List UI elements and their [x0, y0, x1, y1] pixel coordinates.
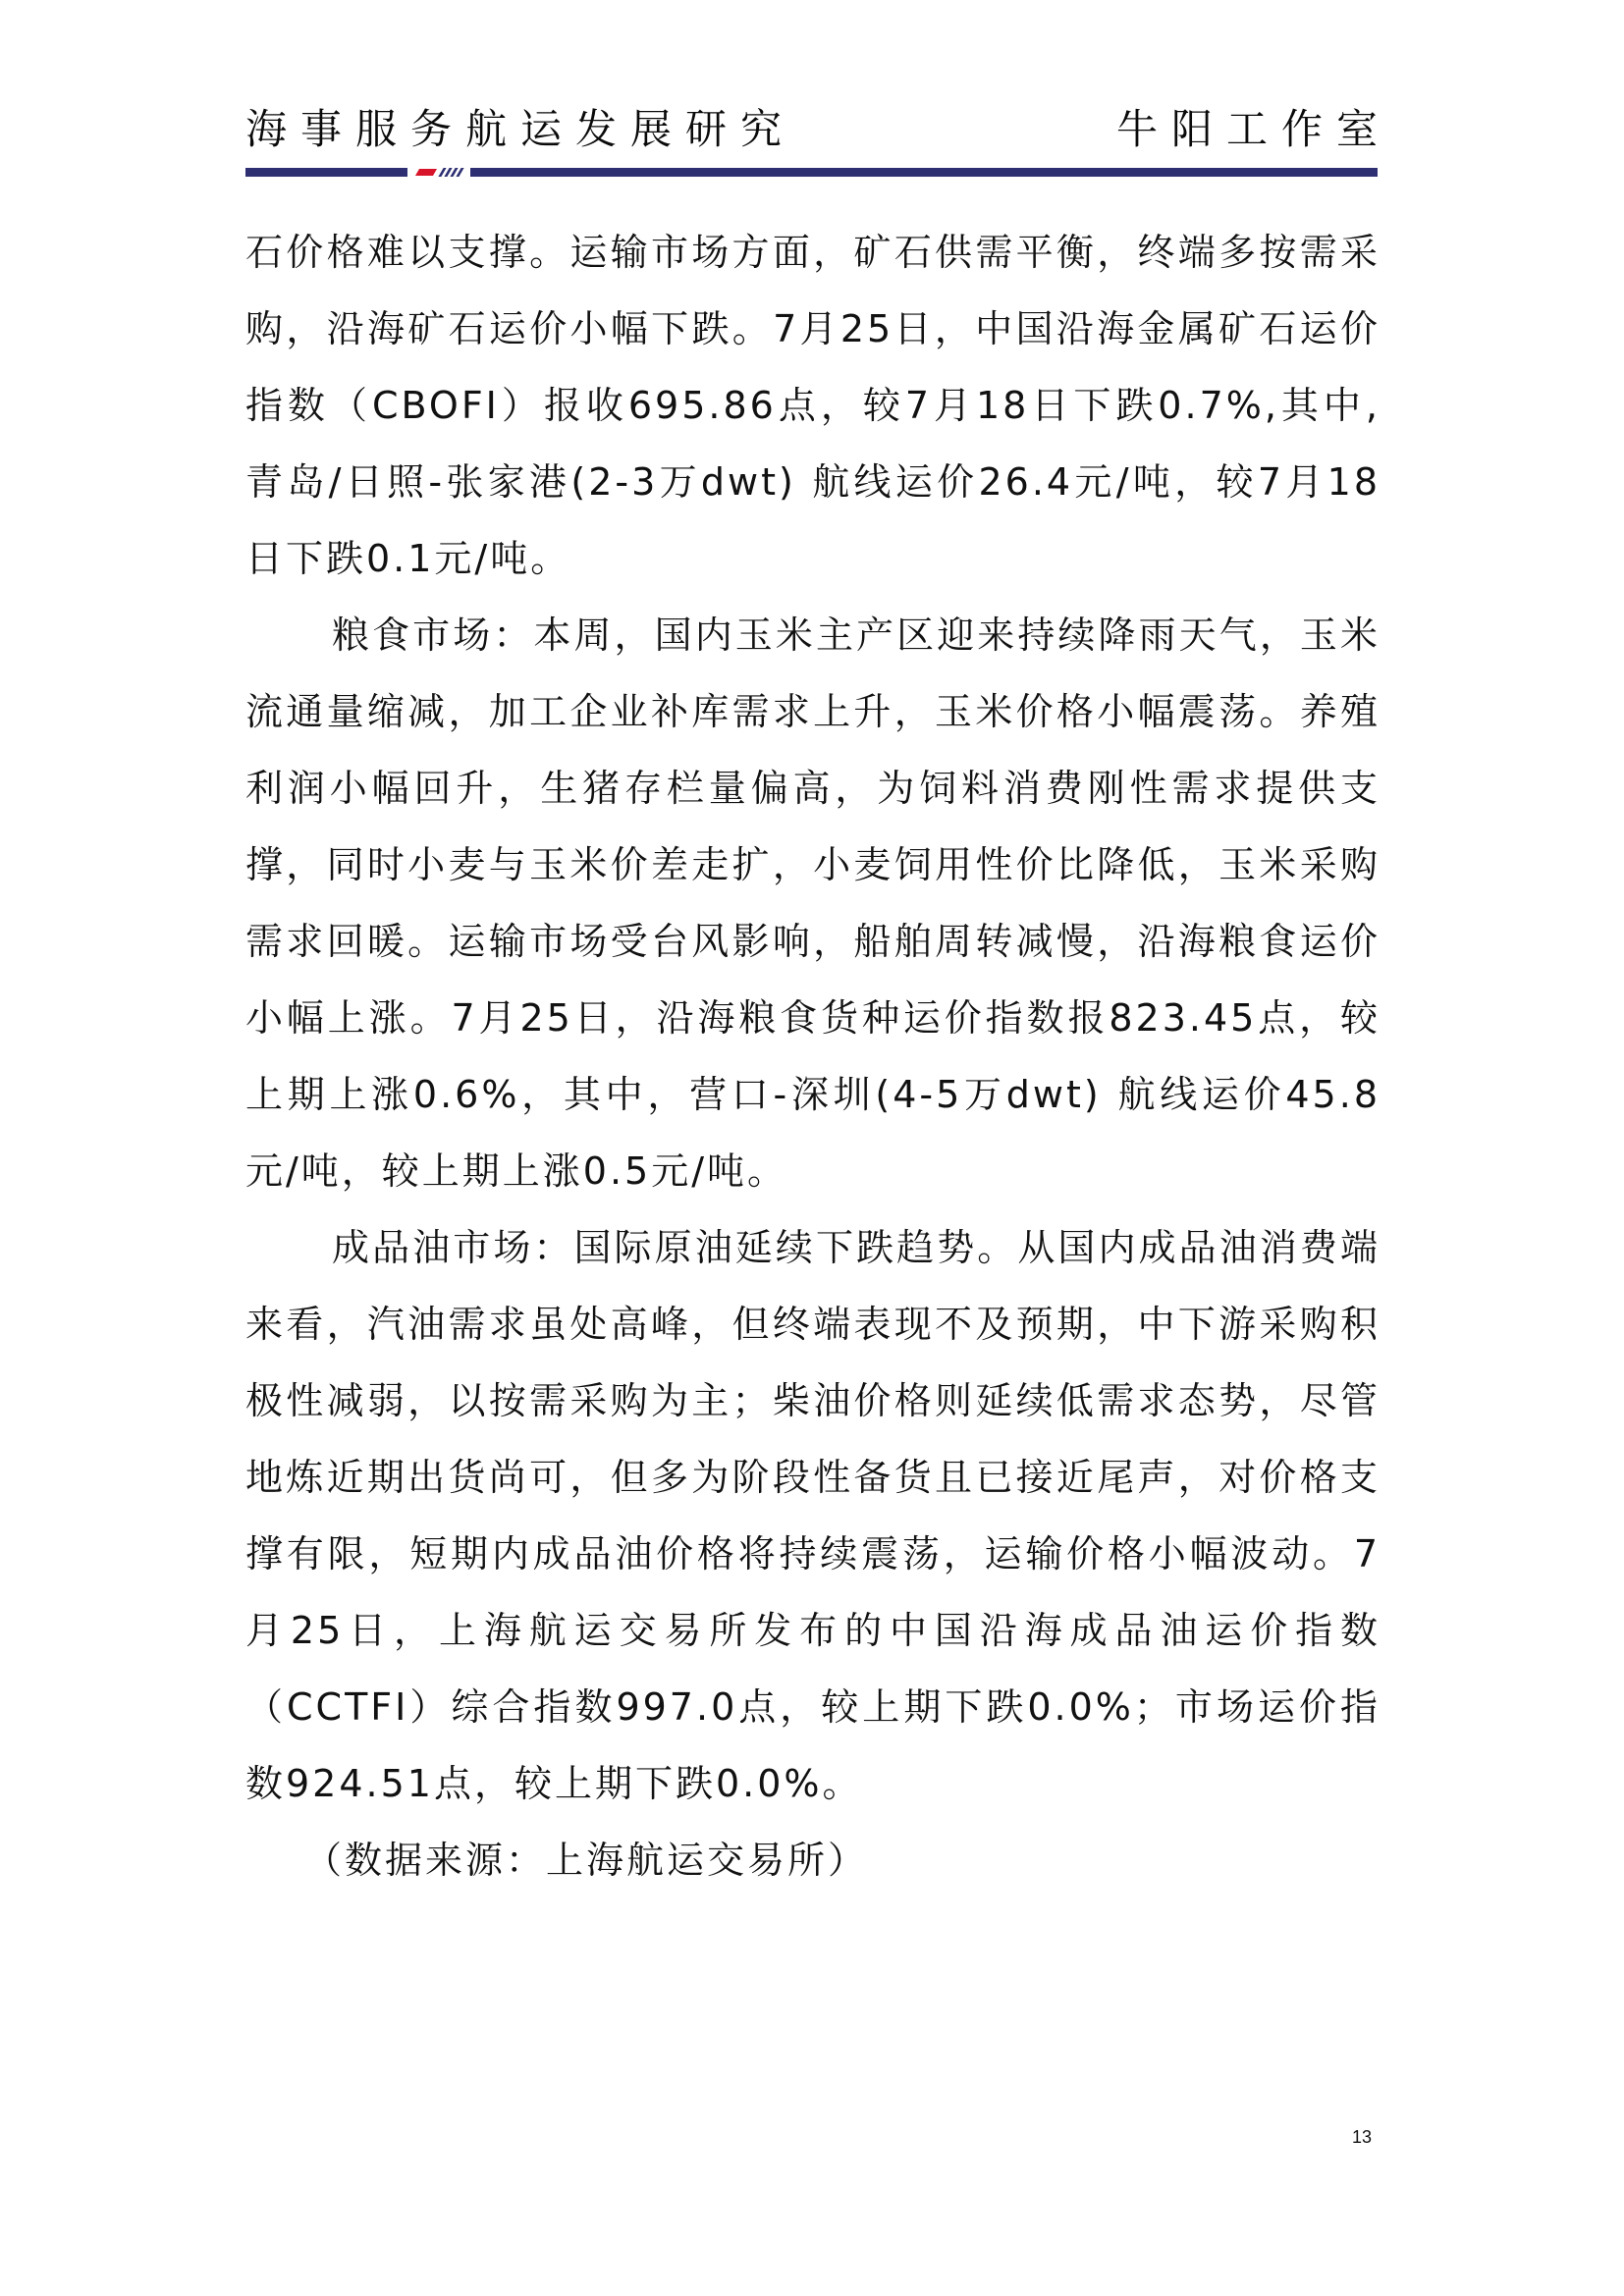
- body-text: 石价格难以支撑。运输市场方面，矿石供需平衡，终端多按需采购，沿海矿石运价小幅下跌…: [245, 214, 1380, 1898]
- paragraph-ore-market: 石价格难以支撑。运输市场方面，矿石供需平衡，终端多按需采购，沿海矿石运价小幅下跌…: [245, 214, 1380, 597]
- header-rule: [245, 168, 1378, 177]
- data-source-note: （数据来源：上海航运交易所）: [245, 1822, 1380, 1898]
- red-stripe-icon: [415, 169, 437, 176]
- page-header: 海事服务航运发展研究 牛阳工作室: [245, 102, 1378, 157]
- page-number: 13: [1352, 2127, 1372, 2148]
- paragraph-refined-oil-market: 成品油市场：国际原油延续下跌趋势。从国内成品油消费端来看，汽油需求虽处高峰，但终…: [245, 1209, 1380, 1822]
- studio-name: 牛阳工作室: [1116, 102, 1391, 157]
- header-rule-accent: [407, 168, 470, 177]
- publication-title: 海事服务航运发展研究: [245, 102, 795, 157]
- paragraph-grain-market: 粮食市场：本周，国内玉米主产区迎来持续降雨天气，玉米流通量缩减，加工企业补库需求…: [245, 597, 1380, 1209]
